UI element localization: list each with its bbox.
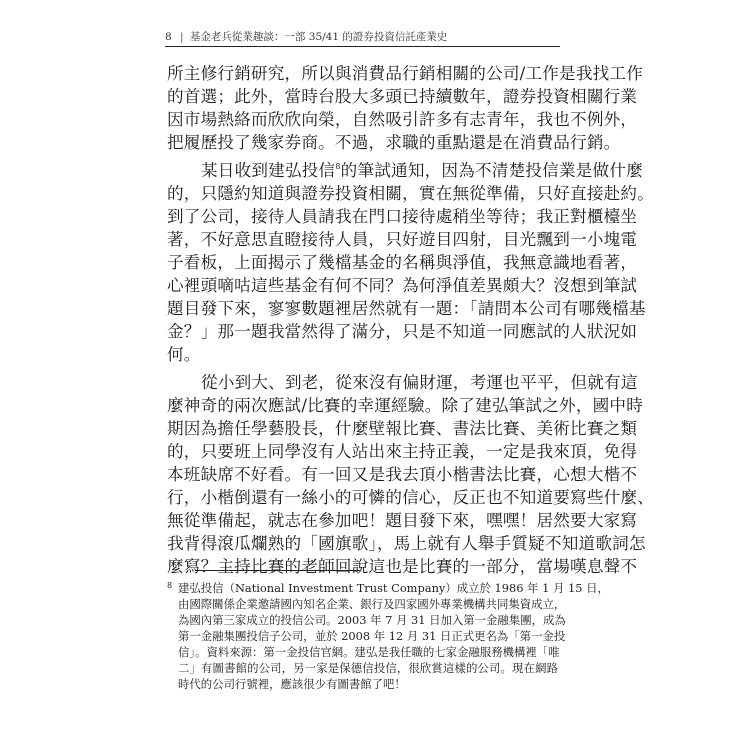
text-line: 的，只要班上同學沒有人站出來主持正義，一定是我來頂，免得 (167, 440, 559, 463)
footnote-marker: 8 (167, 578, 172, 594)
footnote-line: 為國內第三家成立的投信公司。2003 年 7 月 31 日加入第一金融集團，成為 (178, 612, 558, 628)
text-line: 無從準備起，就志在參加吧！題目發下來，嘿嘿！居然要大家寫 (167, 509, 559, 532)
running-header: 8 | 基金老兵從業趣談：一部 35/41 的證券投資信託產業史 (165, 31, 560, 47)
page-number: 8 (165, 31, 172, 43)
footnote-8: 8 建弘投信（National Investment Trust Company… (165, 580, 560, 692)
text-line: 的，只隱約知道與證券投資相關，實在無從準備，只好直接赴約。 (167, 182, 559, 205)
footnote-line: 信」。資料來源：第一金投信官網。建弘是我任職的七家金融服務機構裡「唯 (178, 644, 558, 660)
text-line: 麼寫？主持比賽的老師回說這也是比賽的一部分，當場嘆息聲不 (167, 555, 559, 578)
book-page: 8 | 基金老兵從業趣談：一部 35/41 的證券投資信託產業史 所主修行銷研究… (165, 0, 560, 750)
paragraph-1: 所主修行銷研究，所以與消費品行銷相關的公司/工作是我找工作 的首選；此外，當時台… (167, 62, 559, 154)
text-line: 把履歷投了幾家券商。不過，求職的重點還是在消費品行銷。 (167, 131, 559, 154)
book-title: 基金老兵從業趣談：一部 35/41 的證券投資信託產業史 (190, 31, 447, 43)
text-line: 金？」那一題我當然得了滿分，只是不知道一同應試的人狀況如 (167, 320, 559, 343)
paragraph-2: 某日收到建弘投信8的筆試通知，因為不清楚投信業是做什麼 的，只隱約知道與證券投資… (167, 159, 559, 366)
text-line: 從小到大、到老，從來沒有偏財運，考運也平平，但就有這 (167, 371, 559, 394)
text-line: 所主修行銷研究，所以與消費品行銷相關的公司/工作是我找工作 (167, 62, 559, 85)
text-line: 到了公司，接待人員請我在門口接待處稍坐等待；我正對櫃檯坐 (167, 205, 559, 228)
text-line: 子看板，上面揭示了幾檔基金的名稱與淨值，我無意識地看著， (167, 251, 559, 274)
text-fragment: 某日收到建弘投信 (201, 161, 335, 180)
text-line: 的首選；此外，當時台股大多頭已持續數年，證券投資相關行業 (167, 85, 559, 108)
footnote-line: 第一金融集團投信子公司，並於 2008 年 12 月 31 日正式更名為「第一金… (178, 628, 558, 644)
footnote-line: 時代的公司行號裡，應該很少有圖書館了吧！ (178, 676, 558, 692)
header-separator: | (180, 31, 184, 43)
text-line: 我背得滾瓜爛熟的「國旗歌」，馬上就有人舉手質疑不知道歌詞怎 (167, 532, 559, 555)
text-line: 因市場熱絡而欣欣向榮，自然吸引許多有志青年，我也不例外， (167, 108, 559, 131)
footnote-line: 二」有圖書館的公司，另一家是保德信投信，很欣賞這樣的公司。現在網路 (178, 660, 558, 676)
footnote-body: 建弘投信（National Investment Trust Company）成… (178, 580, 558, 692)
text-line: 行，小楷倒還有一絲小的可憐的信心，反正也不知道要寫些什麼、 (167, 486, 559, 509)
text-line: 何。 (167, 343, 559, 366)
text-line: 心裡頭嘀咕這些基金有何不同？為何淨值差異頗大？沒想到筆試 (167, 274, 559, 297)
body-text: 所主修行銷研究，所以與消費品行銷相關的公司/工作是我找工作 的首選；此外，當時台… (167, 62, 559, 583)
text-line-with-footnote-ref: 某日收到建弘投信8的筆試通知，因為不清楚投信業是做什麼 (167, 159, 559, 182)
footnote-line: 建弘投信（National Investment Trust Company）成… (178, 580, 558, 596)
text-line: 麼神奇的兩次應試/比賽的幸運經驗。除了建弘筆試之外，國中時 (167, 394, 559, 417)
footnote-divider (195, 570, 360, 571)
text-line: 題目發下來，寥寥數題裡居然就有一題：「請問本公司有哪幾檔基 (167, 297, 559, 320)
text-fragment: 的筆試通知，因為不清楚投信業是做什麼 (341, 161, 643, 180)
text-line: 期因為擔任學藝股長，什麼壁報比賽、書法比賽、美術比賽之類 (167, 417, 559, 440)
text-line: 本班缺席不好看。有一回又是我去頂小楷書法比賽，心想大楷不 (167, 463, 559, 486)
paragraph-3: 從小到大、到老，從來沒有偏財運，考運也平平，但就有這 麼神奇的兩次應試/比賽的幸… (167, 371, 559, 578)
text-line: 著，不好意思直瞪接待人員，只好遊目四射，目光飄到一小塊電 (167, 228, 559, 251)
footnote-line: 由國際關係企業邀請國內知名企業、銀行及四家國外專業機構共同集資成立， (178, 596, 558, 612)
